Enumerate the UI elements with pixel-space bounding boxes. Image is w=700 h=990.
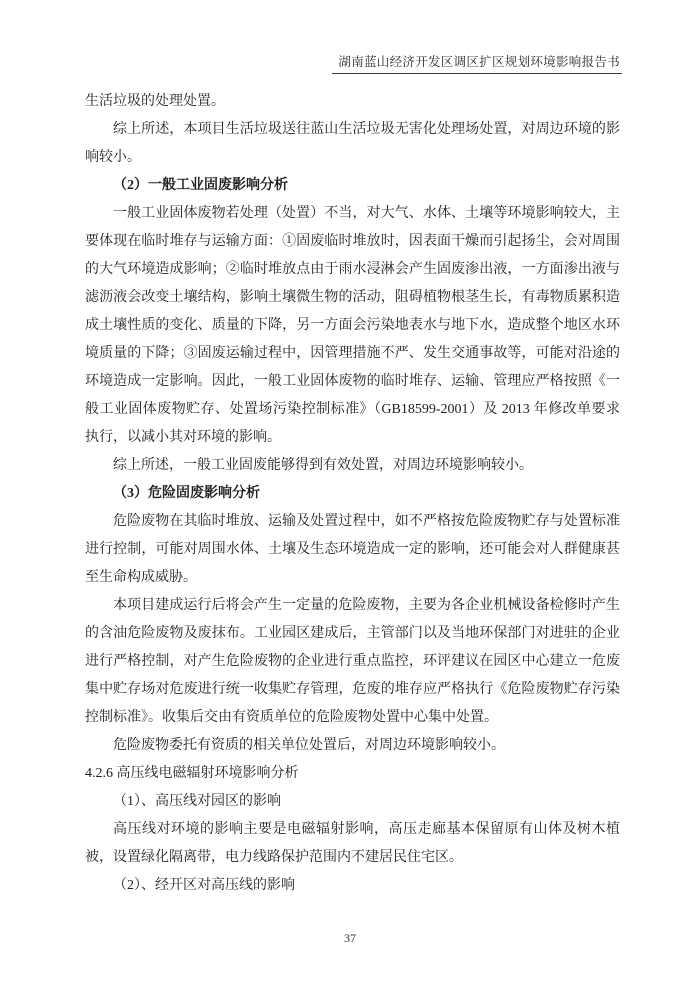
paragraph-line: 综上所述，一般工业固废能够得到有效处置，对周边环境影响较小。 bbox=[85, 452, 620, 480]
paragraph-line: 进行严格控制，对产生危险废物的企业进行重点监控，环评建议在园区中心建立一危废 bbox=[85, 648, 620, 676]
paragraph-line: 环境造成一定影响。因此，一般工业固体废物的临时堆存、运输、管理应严格按照《一 bbox=[85, 368, 620, 396]
page-number: 37 bbox=[344, 931, 356, 945]
paragraph-continuation-line: 生活垃圾的处理处置。 bbox=[85, 88, 620, 116]
paragraph-line: 进行控制，可能对周围水体、土壤及生态环境造成一定的影响，还可能会对人群健康甚 bbox=[85, 536, 620, 564]
heading-line: （2）一般工业固废影响分析 bbox=[85, 172, 620, 200]
paragraph-line: 一般工业固体废物若处理（处置）不当，对大气、水体、土壤等环境影响较大，主 bbox=[85, 200, 620, 228]
paragraph-line: 集中贮存场对危废进行统一收集贮存管理，危废的堆存应严格执行《危险废物贮存污染 bbox=[85, 676, 620, 704]
document-body: 生活垃圾的处理处置。综上所述，本项目生活垃圾送往蓝山生活垃圾无害化处理场处置，对… bbox=[85, 88, 620, 900]
paragraph-line: 控制标准》。收集后交由有资质单位的危险废物处置中心集中处置。 bbox=[85, 704, 620, 732]
paragraph-line: 的大气环境造成影响；②临时堆放点由于雨水浸淋会产生固废渗出液，一方面渗出液与 bbox=[85, 256, 620, 284]
paragraph-line: 高压线对环境的影响主要是电磁辐射影响，高压走廊基本保留原有山体及树木植 bbox=[85, 816, 620, 844]
header-title: 湖南蓝山经济开发区调区扩区规划环境影响报告书 bbox=[332, 52, 622, 74]
paragraph-line: 般工业固体废物贮存、处置场污染控制标准》（GB18599-2001）及 2013… bbox=[85, 396, 620, 424]
paragraph-line: 响较小。 bbox=[85, 144, 620, 172]
document-page: 湖南蓝山经济开发区调区扩区规划环境影响报告书 生活垃圾的处理处置。综上所述，本项… bbox=[0, 0, 700, 990]
paragraph-line: 要体现在临时堆存与运输方面：①固废临时堆放时，因表面干燥而引起扬尘，会对周围 bbox=[85, 228, 620, 256]
paragraph-line: 成土壤性质的变化、质量的下降，另一方面会污染地表水与地下水，造成整个地区水环 bbox=[85, 312, 620, 340]
paragraph-line: 危险废物委托有资质的相关单位处置后，对周边环境影响较小。 bbox=[85, 732, 620, 760]
paragraph-line: 被，设置绿化隔离带，电力线路保护范围内不建居民住宅区。 bbox=[85, 844, 620, 872]
paragraph-line: 综上所述，本项目生活垃圾送往蓝山生活垃圾无害化处理场处置，对周边环境的影 bbox=[85, 116, 620, 144]
paragraph-line: 至生命构成威胁。 bbox=[85, 564, 620, 592]
section-heading-line: 4.2.6 高压线电磁辐射环境影响分析 bbox=[85, 760, 620, 788]
page-footer: 37 bbox=[0, 931, 700, 946]
paragraph-line: 的含油危险废物及废抹布。工业园区建成后，主管部门以及当地环保部门对进驻的企业 bbox=[85, 620, 620, 648]
paragraph-line: 境质量的下降；③固废运输过程中，因管理措施不严、发生交通事故等，可能对沿途的 bbox=[85, 340, 620, 368]
heading-line: （3）危险固废影响分析 bbox=[85, 480, 620, 508]
paragraph-line: 本项目建成运行后将会产生一定量的危险废物，主要为各企业机械设备检修时产生 bbox=[85, 592, 620, 620]
page-header: 湖南蓝山经济开发区调区扩区规划环境影响报告书 bbox=[85, 52, 622, 74]
paragraph-line: 危险废物在其临时堆放、运输及处置过程中，如不严格按危险废物贮存与处置标准 bbox=[85, 508, 620, 536]
paragraph-line: 执行，以减小其对环境的影响。 bbox=[85, 424, 620, 452]
subheading-line: （2）、经开区对高压线的影响 bbox=[85, 872, 620, 900]
paragraph-line: 滤沥液会改变土壤结构，影响土壤微生物的活动，阻碍植物根茎生长，有毒物质累积造 bbox=[85, 284, 620, 312]
subheading-line: （1）、高压线对园区的影响 bbox=[85, 788, 620, 816]
